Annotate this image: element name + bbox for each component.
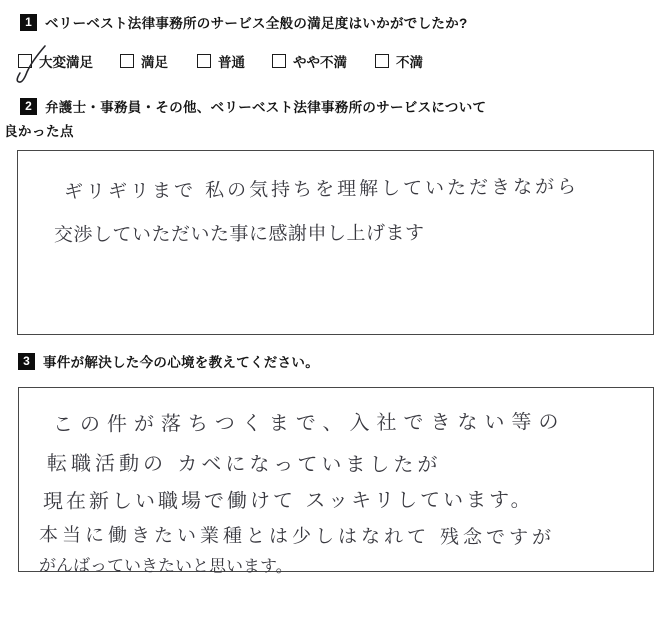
question-3-number-badge: 3: [18, 353, 35, 370]
option-satisfied[interactable]: 満足: [120, 51, 168, 71]
option-label: 満足: [141, 51, 168, 71]
option-very-satisfied[interactable]: 大変満足: [18, 51, 93, 71]
handwriting-line: がんばっていきたいと思います。: [39, 551, 293, 577]
checkbox-very-satisfied[interactable]: [18, 54, 32, 68]
question-1-text: ベリーベスト法律事務所のサービス全般の満足度はいかがでしたか?: [45, 12, 468, 32]
option-somewhat-dissatisfied[interactable]: やや不満: [272, 51, 347, 71]
question-1-number-badge: 1: [20, 14, 37, 31]
option-label: 大変満足: [39, 51, 93, 71]
handwriting-line: 転職活動の カベになっていましたが: [47, 447, 441, 477]
checkbox-dissatisfied[interactable]: [375, 54, 389, 68]
checkbox-satisfied[interactable]: [120, 54, 134, 68]
checkbox-somewhat-dissatisfied[interactable]: [272, 54, 286, 68]
answer-box-current-feelings[interactable]: この件が落ちつくまで、入社できない等の 転職活動の カベになっていましたが 現在…: [18, 387, 654, 572]
question-1-header: 1 ベリーベスト法律事務所のサービス全般の満足度はいかがでしたか?: [20, 12, 468, 32]
option-neutral[interactable]: 普通: [197, 51, 245, 71]
option-label: 不満: [396, 51, 423, 71]
answer-box-good-points[interactable]: ギリギリまで 私の気持ちを理解していただきながら 交渉していただいた事に感謝申し…: [17, 150, 654, 335]
handwriting-line: ギリギリまで 私の気持ちを理解していただきながら: [64, 172, 579, 204]
question-3-header: 3 事件が解決した今の心境を教えてください。: [18, 351, 319, 371]
question-2-header: 2 弁護士・事務員・その他、ベリーベスト法律事務所のサービスについて: [20, 96, 486, 116]
handwriting-line: 現在新しい職場で働けて スッキリしています。: [43, 483, 534, 514]
option-dissatisfied[interactable]: 不満: [375, 51, 423, 71]
checkbox-neutral[interactable]: [197, 54, 211, 68]
handwriting-line: 本当に働きたい業種とは少しはなれて 残念ですが: [39, 520, 555, 550]
question-2-number-badge: 2: [20, 98, 37, 115]
option-label: やや不満: [293, 51, 347, 71]
question-2-text: 弁護士・事務員・その他、ベリーベスト法律事務所のサービスについて: [45, 96, 486, 116]
handwriting-line: 交渉していただいた事に感謝申し上げます: [54, 218, 425, 247]
handwriting-line: この件が落ちつくまで、入社できない等の: [53, 405, 566, 437]
option-label: 普通: [218, 51, 245, 71]
survey-sheet: 1 ベリーベスト法律事務所のサービス全般の満足度はいかがでしたか? 大変満足 満…: [0, 0, 670, 628]
good-points-label: 良かった点: [4, 120, 74, 140]
question-3-text: 事件が解決した今の心境を教えてください。: [43, 351, 319, 371]
